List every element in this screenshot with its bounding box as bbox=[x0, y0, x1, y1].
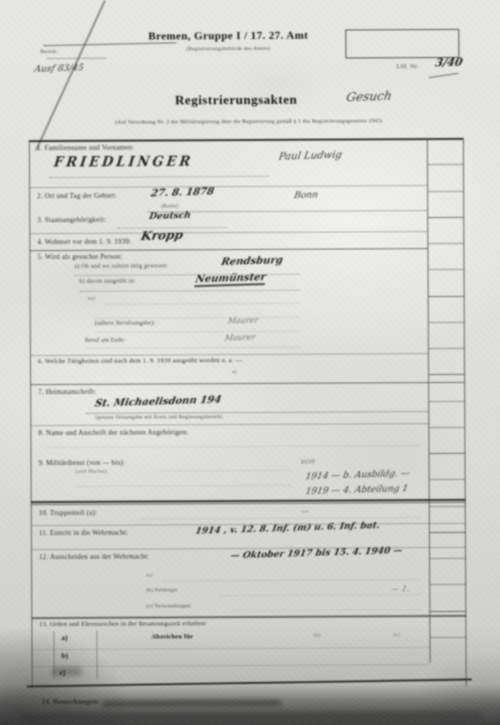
entry-nationality: Deutsch bbox=[148, 211, 191, 222]
section-rule bbox=[30, 382, 465, 385]
official-use-box-divider bbox=[428, 243, 464, 244]
entry-occupation-end: Maurer bbox=[224, 333, 256, 343]
official-use-box-divider bbox=[429, 269, 465, 270]
official-use-box-divider bbox=[429, 322, 465, 323]
entry-line bbox=[163, 579, 421, 581]
entry-line bbox=[161, 470, 291, 472]
cell-row-rule bbox=[32, 664, 430, 667]
field-label-decorations: 13. Orden und Ehrenzeichen in der Besatz… bbox=[39, 620, 207, 628]
decoration-marker-c-col: (c) bbox=[393, 632, 400, 638]
entry-residence: Kropp bbox=[140, 228, 184, 243]
cell-rule bbox=[96, 631, 97, 679]
form-sheet: Bremen, Gruppe I / 17. 27. Amt (Registri… bbox=[0, 0, 500, 725]
section-rule bbox=[31, 615, 466, 619]
official-use-box-divider bbox=[430, 637, 466, 638]
entry-unit: — bbox=[300, 507, 310, 516]
section-rule bbox=[29, 248, 427, 251]
official-use-box-divider bbox=[429, 453, 465, 454]
field-label-next-of-kin: 8. Name und Anschrift der nächsten Angeh… bbox=[38, 428, 188, 437]
field-sub-military: (und Marine) bbox=[76, 469, 108, 475]
form-subtitle: (Auf Verordnung Nr. 2 der Militärregieru… bbox=[49, 118, 449, 126]
decoration-marker-b-col: (b) bbox=[313, 633, 320, 639]
serial-label: Lfd. Nr. bbox=[396, 63, 418, 70]
entry-line bbox=[219, 594, 421, 596]
official-use-box-divider bbox=[428, 190, 464, 191]
entry-given-names: Paul Ludwig bbox=[278, 150, 343, 163]
row-rule bbox=[30, 423, 428, 426]
official-use-box-divider bbox=[429, 295, 465, 296]
attach-rule bbox=[46, 58, 106, 59]
decoration-mid-label: Abzeichen für bbox=[151, 633, 193, 640]
entry-line bbox=[231, 609, 421, 611]
field-label-nationality: 3. Staatsangehörigkeit: bbox=[37, 216, 106, 224]
entry-birthplace: Bonn bbox=[293, 190, 319, 201]
field-label-occupation-a: a) Ob und wo zuletzt tätig gewesen: bbox=[74, 263, 167, 269]
official-use-box-divider bbox=[430, 584, 466, 585]
serial-value: 3/40 bbox=[434, 56, 463, 70]
decoration-marker-b: b) bbox=[62, 652, 69, 660]
row-rule bbox=[30, 353, 428, 356]
official-use-box-divider bbox=[429, 427, 465, 428]
field-label-home-address: 7. Heimatanschrift: bbox=[38, 388, 96, 396]
attach-handwriting: Ausf 83/45 bbox=[33, 63, 84, 75]
frame-bottom-rule bbox=[27, 679, 472, 688]
entry-line bbox=[85, 347, 300, 349]
field-label-birth: 2. Ort und Tag der Geburt: bbox=[37, 192, 117, 200]
official-use-box-divider bbox=[430, 505, 466, 506]
field-label-occupation-b: b) davon ausgeübt in: bbox=[80, 279, 136, 285]
form-title: Registrierungsakten bbox=[124, 91, 349, 108]
frame-top-rule bbox=[29, 138, 464, 142]
official-use-box-divider bbox=[429, 348, 465, 349]
field-label-discharge-a: (a) bbox=[146, 573, 153, 579]
entry-home-address: St. Michaelisdonn 194 bbox=[94, 395, 222, 410]
bottom-smudge-2 bbox=[22, 711, 482, 721]
field-label-enlistment: 11. Eintritt in die Wehrmacht: bbox=[39, 529, 128, 537]
field-label-wounds: (c) Verwundungen: bbox=[146, 603, 192, 609]
field-label-activities: 6. Welche Tätigkeiten sind nach dem 1. 9… bbox=[38, 357, 242, 365]
field-label-discharge: 12. Ausscheiden aus der Wehrmacht: bbox=[39, 553, 149, 562]
field-label-campaigns: (b) Feldzüge: bbox=[146, 587, 178, 593]
decoration-marker-a: a) bbox=[61, 634, 67, 642]
office-name: Bremen, Gruppe I / 17. 27. Amt bbox=[98, 29, 358, 42]
scanned-form-page: Bremen, Gruppe I / 17. 27. Amt (Registri… bbox=[0, 0, 500, 725]
field-label-remarks: 14. Bemerkungen: bbox=[42, 698, 100, 706]
field-sub-home-address: (genaue Ortsangabe mit Kreis und Regieru… bbox=[95, 414, 222, 421]
field-label-unit: 10. Truppenteil (a): bbox=[39, 509, 97, 517]
entry-campaigns: — 1. bbox=[390, 584, 410, 594]
entry-occupation-detail: Maurer bbox=[227, 316, 259, 326]
row-rule bbox=[29, 231, 427, 234]
entry-line bbox=[76, 485, 291, 487]
entry-line bbox=[95, 317, 300, 319]
row-rule bbox=[29, 185, 427, 188]
field-label-occupation-detail: (nähere Berufsangabe): bbox=[95, 320, 156, 326]
entry-line bbox=[95, 331, 300, 333]
field-label-residence: 4. Wohnort vor dem 1. 9. 1939: bbox=[37, 238, 131, 246]
stamp-box bbox=[345, 29, 459, 59]
official-use-box-divider bbox=[430, 558, 466, 559]
entry-military-line1: 1914 — b. Ausbildg. — bbox=[304, 469, 410, 482]
official-use-box-divider bbox=[428, 217, 464, 218]
official-use-column bbox=[427, 138, 467, 663]
field-sub-kreis: (Kreis) bbox=[161, 203, 178, 209]
cell-row-rule bbox=[31, 647, 429, 650]
entry-military-von: von bbox=[300, 456, 316, 465]
bottom-smudge-1 bbox=[102, 700, 282, 707]
field-label-activities-a: a) bbox=[232, 369, 237, 375]
entry-line bbox=[80, 290, 300, 292]
entry-military-line2: 1919 — 4. Abteilung 1 bbox=[305, 484, 409, 497]
entry-line bbox=[49, 176, 269, 178]
field-label-name: 1. Familienname und Vornamen: bbox=[37, 144, 134, 153]
entry-occupation-b: Neumünster bbox=[194, 272, 266, 287]
field-label-occupation-end: Beruf am Ende: bbox=[85, 338, 126, 344]
field-label-military-service: 9. Militärdienst (von — bis): bbox=[39, 459, 126, 467]
entry-rule bbox=[85, 411, 428, 414]
entry-line bbox=[141, 517, 421, 519]
serial-underline bbox=[429, 73, 459, 78]
ink-smudge bbox=[52, 667, 82, 676]
page-crease bbox=[35, 0, 106, 151]
entry-line bbox=[45, 445, 420, 448]
frame-left-rule bbox=[29, 140, 33, 688]
official-use-box-divider bbox=[430, 479, 466, 480]
official-use-box-divider bbox=[429, 374, 465, 375]
official-use-box-divider bbox=[428, 164, 464, 165]
field-label-zu: zu) bbox=[88, 296, 96, 302]
entry-occupation-a: Rendsburg bbox=[220, 255, 283, 268]
field-label-occupation: 5. Wird als gesuchte Person: bbox=[37, 253, 122, 261]
official-use-box-divider bbox=[429, 400, 465, 401]
entry-line bbox=[105, 303, 300, 305]
official-use-box-divider bbox=[430, 532, 466, 533]
entry-surname: FRIEDLINGER bbox=[53, 154, 194, 171]
attach-label: Bezirk: bbox=[40, 49, 58, 55]
office-subtitle: (Registrierungsbehörde des Amtes) bbox=[118, 46, 338, 53]
entry-birthdate: 27. 8. 1878 bbox=[150, 186, 215, 199]
form-title-handwriting: Gesuch bbox=[345, 89, 393, 104]
official-use-box-divider bbox=[430, 610, 466, 611]
